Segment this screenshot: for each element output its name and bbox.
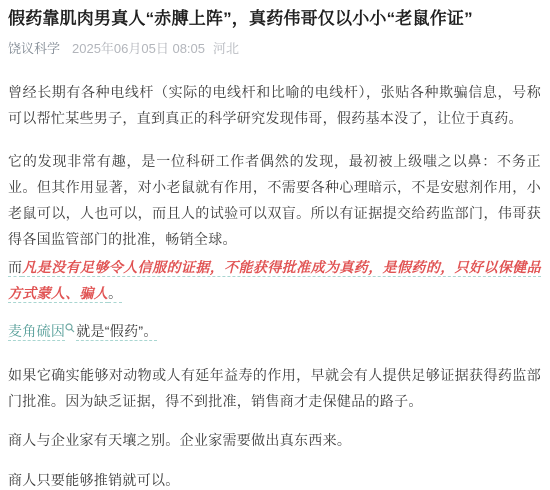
term-paragraph: 麦角硫因就是“假药”。 [8,318,541,344]
term-link[interactable]: 麦角硫因 [8,323,65,339]
emphasis-prefix: 而 [8,259,22,275]
search-icon[interactable] [65,323,75,333]
paragraph-discovery: 它的发现非常有趣，是一位科研工作者偶然的发现，最初被上级嗤之以鼻：不务正业。但其… [8,148,541,252]
byline: 饶议科学2025年06月05日 08:05河北 [8,40,541,58]
annotated-span: 麦角硫因就是“假药”。 [8,323,158,339]
annotated-span: 而凡是没有足够令人信服的证据，不能获得批准成为真药，是假药的，只好以保健品方式蒙… [8,259,541,301]
emphasis-suffix: 。 [108,285,122,301]
account-name-link[interactable]: 饶议科学 [8,41,60,56]
publish-location: 河北 [213,41,239,56]
term-rest-text: 就是“假药”。 [76,323,157,339]
publish-datetime: 2025年06月05日 08:05 [72,41,205,56]
paragraph-merchant-vs-entrepreneur: 商人与企业家有天壤之别。企业家需要做出真东西来。 [8,427,541,453]
article-title: 假药靠肌肉男真人“赤膊上阵”，真药伟哥仅以小小“老鼠作证” [8,7,541,31]
emphasis-red-text: 凡是没有足够令人信服的证据，不能获得批准成为真药，是假药的，只好以保健品方式蒙人… [8,259,541,301]
paragraph-telephone-poles: 曾经长期有各种电线杆（实际的电线杆和比喻的电线杆），张贴各种欺骗信息，号称可以帮… [8,79,541,131]
emphasis-paragraph: 而凡是没有足够令人信服的证据，不能获得批准成为真药，是假药的，只好以保健品方式蒙… [8,254,541,306]
paragraph-evidence: 如果它确实能够对动物或人有延年益寿的作用，早就会有人提供足够证据获得药监部门批准… [8,362,541,414]
article-page: 假药靠肌肉男真人“赤膊上阵”，真药伟哥仅以小小“老鼠作证” 饶议科学2025年0… [0,0,550,490]
paragraph-merchant-selling: 商人只要能够推销就可以。 [8,467,541,490]
